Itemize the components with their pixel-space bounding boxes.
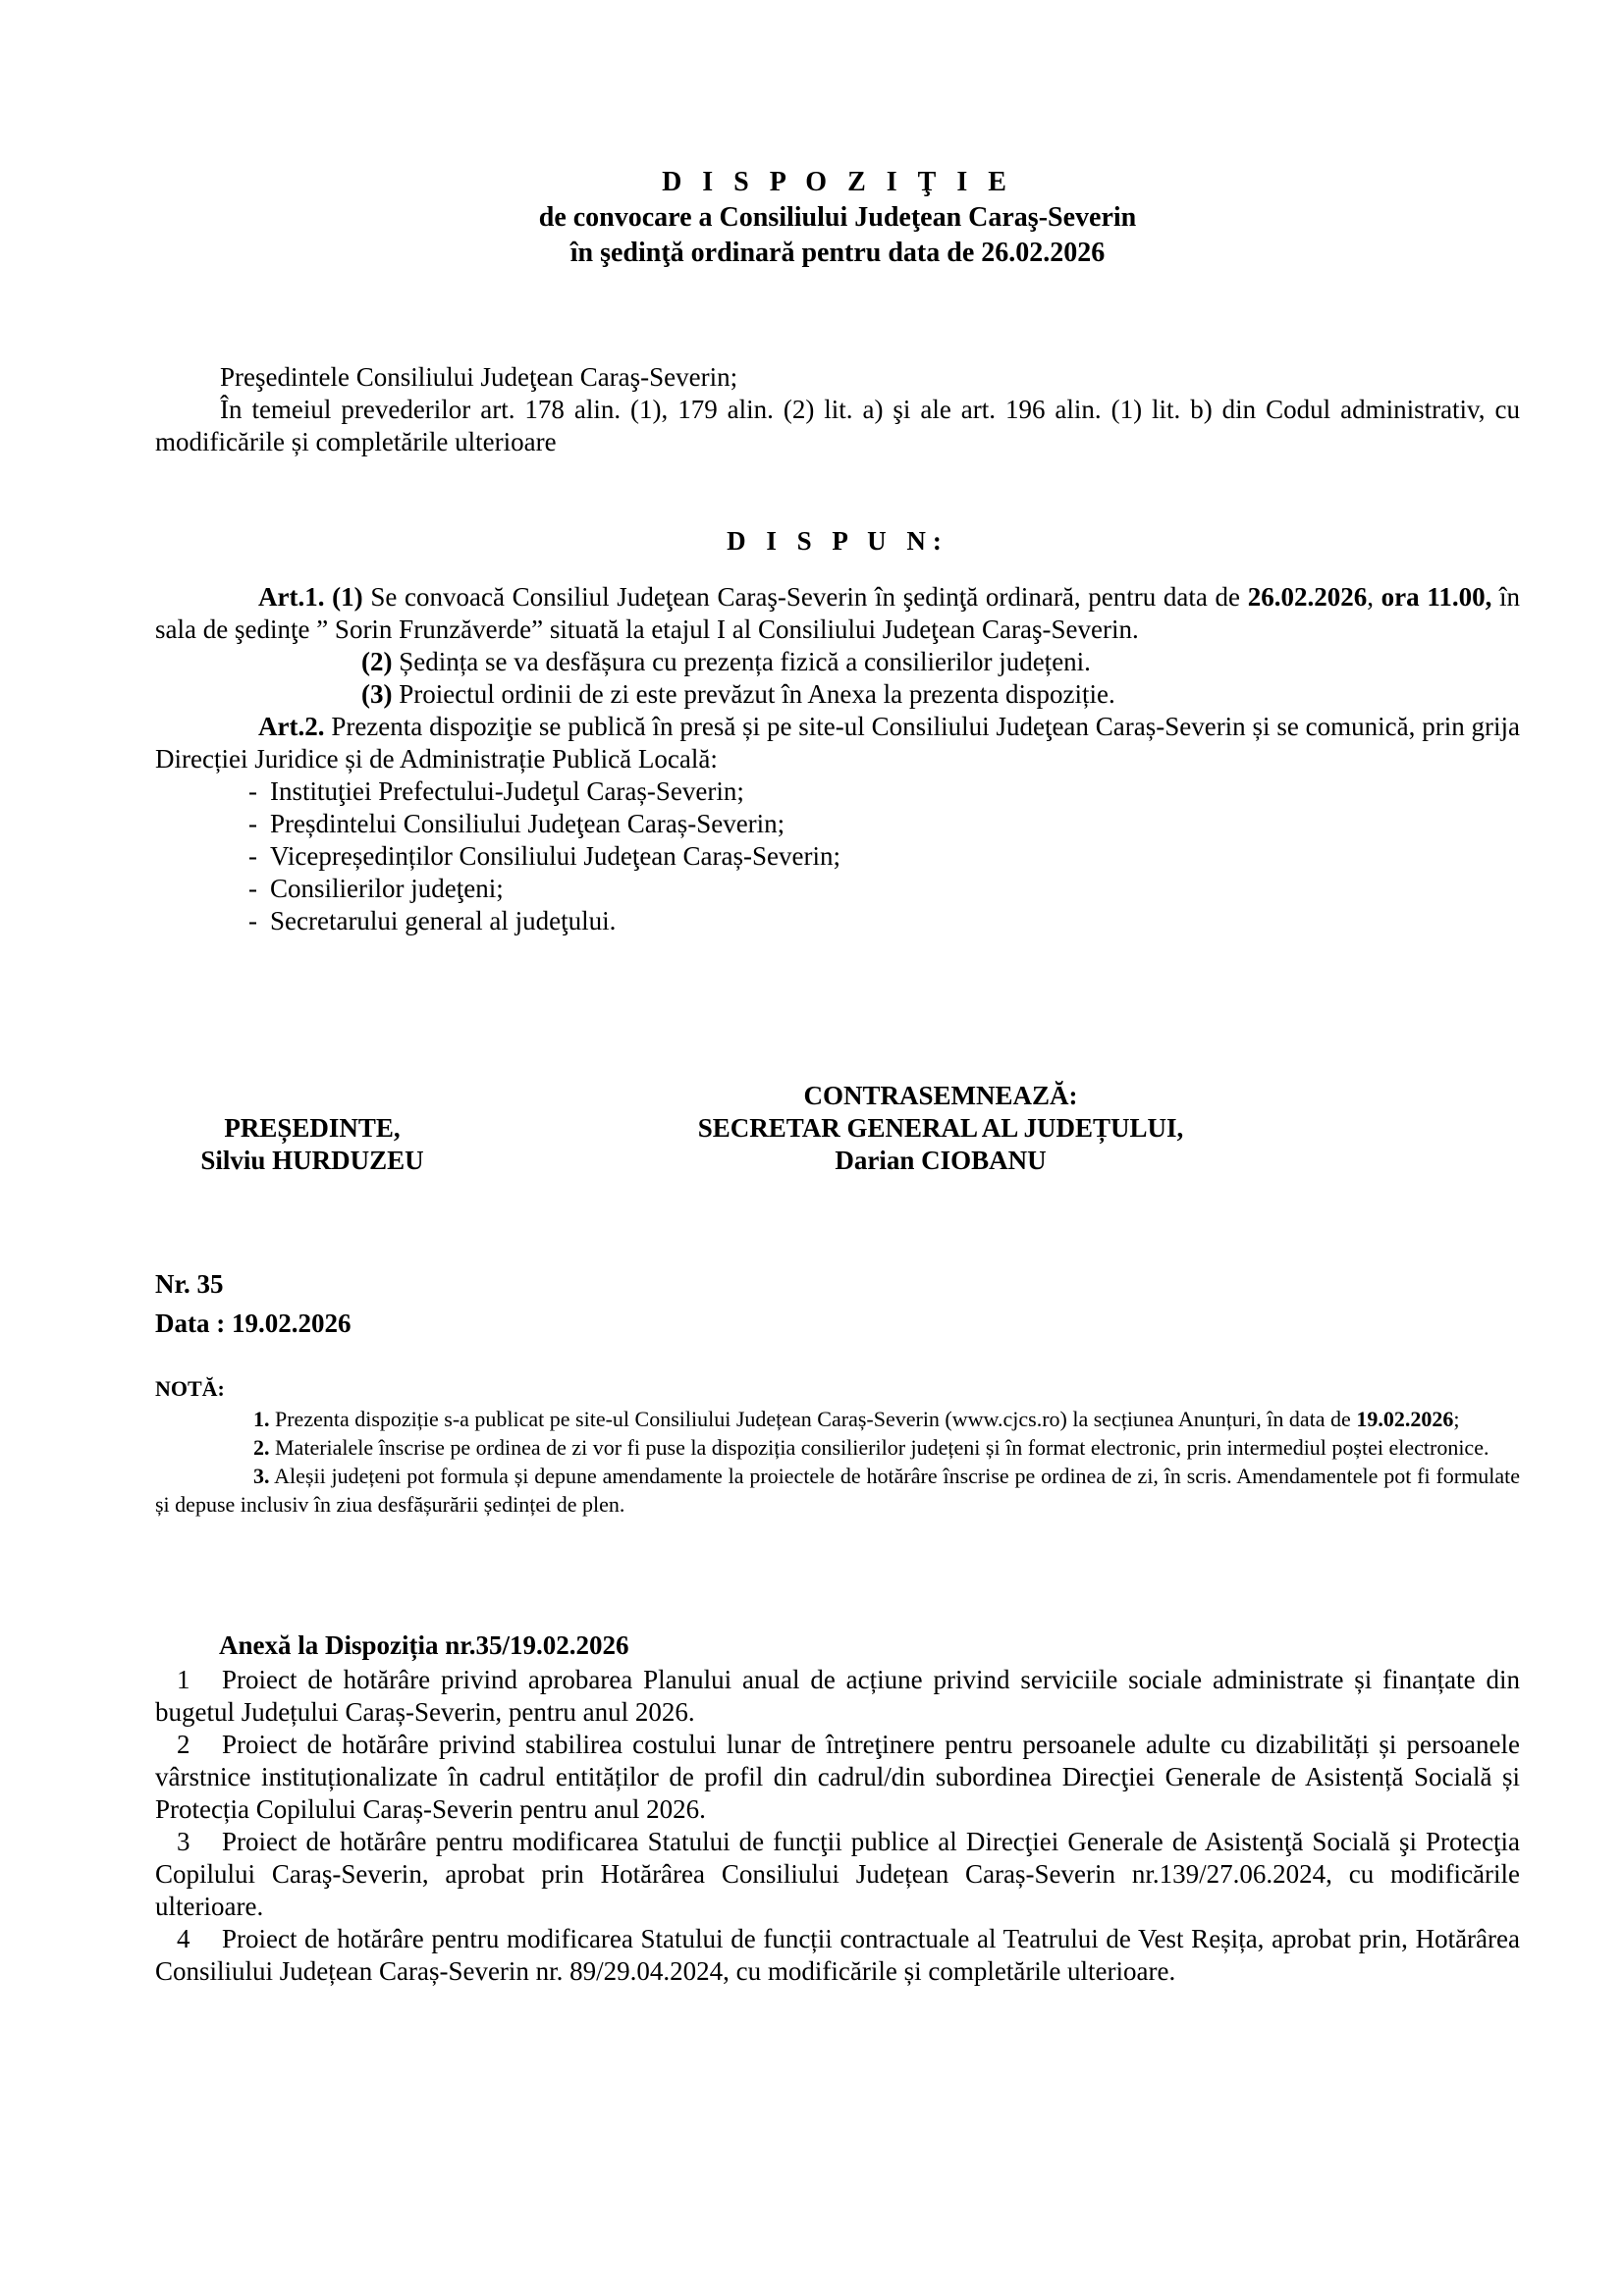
note-number: 1. bbox=[253, 1407, 270, 1431]
note-heading: NOTĂ: bbox=[155, 1374, 1520, 1403]
annex-section: Anexă la Dispoziția nr.35/19.02.2026 1Pr… bbox=[155, 1629, 1520, 1988]
dash-bullet: - bbox=[248, 873, 270, 905]
note-item: 1. Prezenta dispoziție s-a publicat pe s… bbox=[155, 1405, 1520, 1433]
annex-item-number: 4 bbox=[177, 1923, 222, 1955]
recipient-text: Vicepreședinților Consiliului Judeţean C… bbox=[270, 841, 840, 871]
annex-item-text: Proiect de hotărâre pentru modificarea S… bbox=[155, 1827, 1520, 1921]
note-number: 2. bbox=[253, 1435, 270, 1460]
president-signature: PREȘEDINTE, Silviu HURDUZEU bbox=[155, 1112, 469, 1177]
annex-item: 3Proiect de hotărâre pentru modificarea … bbox=[155, 1826, 1520, 1923]
document-title: D I S P O Z I Ţ I E bbox=[155, 165, 1520, 200]
paragraph-number: (1) bbox=[332, 582, 362, 612]
countersign-label: CONTRASEMNEAZĂ: bbox=[626, 1080, 1255, 1112]
note-text: Materialele înscrise pe ordinea de zi vo… bbox=[270, 1435, 1489, 1460]
paragraph-number: (3) bbox=[361, 679, 392, 709]
article-text: Prezenta dispoziţie se publică în presă … bbox=[155, 712, 1520, 774]
article-text: Ședința se va desfășura cu prezența fizi… bbox=[392, 647, 1090, 676]
recipient-text: Preșdintelui Consiliului Judeţean Caraș-… bbox=[270, 809, 785, 838]
article-1-paragraph-3: (3) Proiectul ordinii de zi este prevăzu… bbox=[155, 678, 1520, 711]
note-list: 1. Prezenta dispoziție s-a publicat pe s… bbox=[155, 1405, 1520, 1519]
document-number: Nr. 35 bbox=[155, 1264, 351, 1304]
note-bold-text: 19.02.2026 bbox=[1356, 1407, 1453, 1431]
annex-heading: Anexă la Dispoziția nr.35/19.02.2026 bbox=[155, 1629, 1520, 1662]
annex-item-number: 3 bbox=[177, 1826, 222, 1858]
preamble-line-1: Preşedintele Consiliului Judeţean Caraş-… bbox=[155, 361, 1520, 394]
separator: , bbox=[1367, 582, 1380, 612]
meeting-date: 26.02.2026 bbox=[1248, 582, 1368, 612]
note-text: Prezenta dispoziție s-a publicat pe site… bbox=[270, 1407, 1357, 1431]
annex-list: 1Proiect de hotărâre privind aprobarea P… bbox=[155, 1664, 1520, 1988]
article-2: Art.2. Prezenta dispoziţie se publică în… bbox=[155, 711, 1520, 775]
dash-bullet: - bbox=[248, 840, 270, 873]
recipient-item: -Vicepreședinților Consiliului Judeţean … bbox=[248, 840, 1520, 873]
document-meta: Nr. 35 Data : 19.02.2026 bbox=[155, 1264, 351, 1343]
secretary-name: Darian CIOBANU bbox=[626, 1145, 1255, 1177]
recipient-item: -Instituţiei Prefectului-Judeţul Caraș-S… bbox=[248, 775, 1520, 808]
article-1-label: Art.1. bbox=[258, 582, 324, 612]
article-1-paragraph-2: (2) Ședința se va desfășura cu prezența … bbox=[155, 646, 1520, 678]
recipient-item: -Consilierilor judeţeni; bbox=[248, 873, 1520, 905]
articles: Art.1. (1) Se convoacă Consiliul Judeţea… bbox=[155, 581, 1520, 937]
note-item: 3. Aleșii județeni pot formula și depune… bbox=[155, 1462, 1520, 1519]
article-1-paragraph-1: Art.1. (1) Se convoacă Consiliul Judeţea… bbox=[155, 581, 1520, 646]
recipient-item: -Preșdintelui Consiliului Judeţean Caraș… bbox=[248, 808, 1520, 840]
article-2-label: Art.2. bbox=[258, 712, 324, 741]
annex-item-text: Proiect de hotărâre privind stabilirea c… bbox=[155, 1730, 1520, 1824]
president-name: Silviu HURDUZEU bbox=[155, 1145, 469, 1177]
article-text: Se convoacă Consiliul Judeţean Caraş-Sev… bbox=[363, 582, 1248, 612]
paragraph-number: (2) bbox=[361, 647, 392, 676]
note-item: 2. Materialele înscrise pe ordinea de zi… bbox=[155, 1433, 1520, 1462]
dash-bullet: - bbox=[248, 905, 270, 937]
note-text: Aleșii județeni pot formula și depune am… bbox=[155, 1464, 1520, 1517]
preamble-line-2: În temeiul prevederilor art. 178 alin. (… bbox=[155, 394, 1520, 458]
recipient-text: Instituţiei Prefectului-Judeţul Caraș-Se… bbox=[270, 776, 744, 806]
note-number: 3. bbox=[253, 1464, 270, 1488]
document-date: Data : 19.02.2026 bbox=[155, 1304, 351, 1343]
dash-bullet: - bbox=[248, 775, 270, 808]
preamble: Preşedintele Consiliului Judeţean Caraş-… bbox=[155, 361, 1520, 458]
secretary-title: SECRETAR GENERAL AL JUDEȚULUI, bbox=[626, 1112, 1255, 1145]
article-text: Proiectul ordinii de zi este prevăzut în… bbox=[392, 679, 1114, 709]
recipient-text: Secretarului general al judeţului. bbox=[270, 906, 616, 935]
annex-item-text: Proiect de hotărâre pentru modificarea S… bbox=[155, 1924, 1520, 1986]
annex-item: 1Proiect de hotărâre privind aprobarea P… bbox=[155, 1664, 1520, 1729]
document-header: D I S P O Z I Ţ I E de convocare a Consi… bbox=[155, 165, 1520, 271]
annex-item-number: 2 bbox=[177, 1729, 222, 1761]
president-title: PREȘEDINTE, bbox=[155, 1112, 469, 1145]
dash-bullet: - bbox=[248, 808, 270, 840]
annex-item: 2Proiect de hotărâre privind stabilirea … bbox=[155, 1729, 1520, 1826]
annex-item-text: Proiect de hotărâre privind aprobarea Pl… bbox=[155, 1665, 1520, 1727]
secretary-signature: CONTRASEMNEAZĂ: SECRETAR GENERAL AL JUDE… bbox=[626, 1080, 1255, 1177]
document-subtitle-2: în şedinţă ordinară pentru data de 26.02… bbox=[155, 236, 1520, 271]
annex-item: 4Proiect de hotărâre pentru modificarea … bbox=[155, 1923, 1520, 1988]
meeting-time: ora 11.00, bbox=[1381, 582, 1492, 612]
dispun-heading: D I S P U N: bbox=[155, 526, 1520, 557]
recipient-item: -Secretarului general al judeţului. bbox=[248, 905, 1520, 937]
document-subtitle-1: de convocare a Consiliului Judeţean Cara… bbox=[155, 200, 1520, 236]
recipient-text: Consilierilor judeţeni; bbox=[270, 874, 504, 903]
recipient-list: -Instituţiei Prefectului-Judeţul Caraș-S… bbox=[155, 775, 1520, 937]
annex-item-number: 1 bbox=[177, 1664, 222, 1696]
note-section: NOTĂ: 1. Prezenta dispoziție s-a publica… bbox=[155, 1374, 1520, 1519]
note-text-end: ; bbox=[1453, 1407, 1459, 1431]
